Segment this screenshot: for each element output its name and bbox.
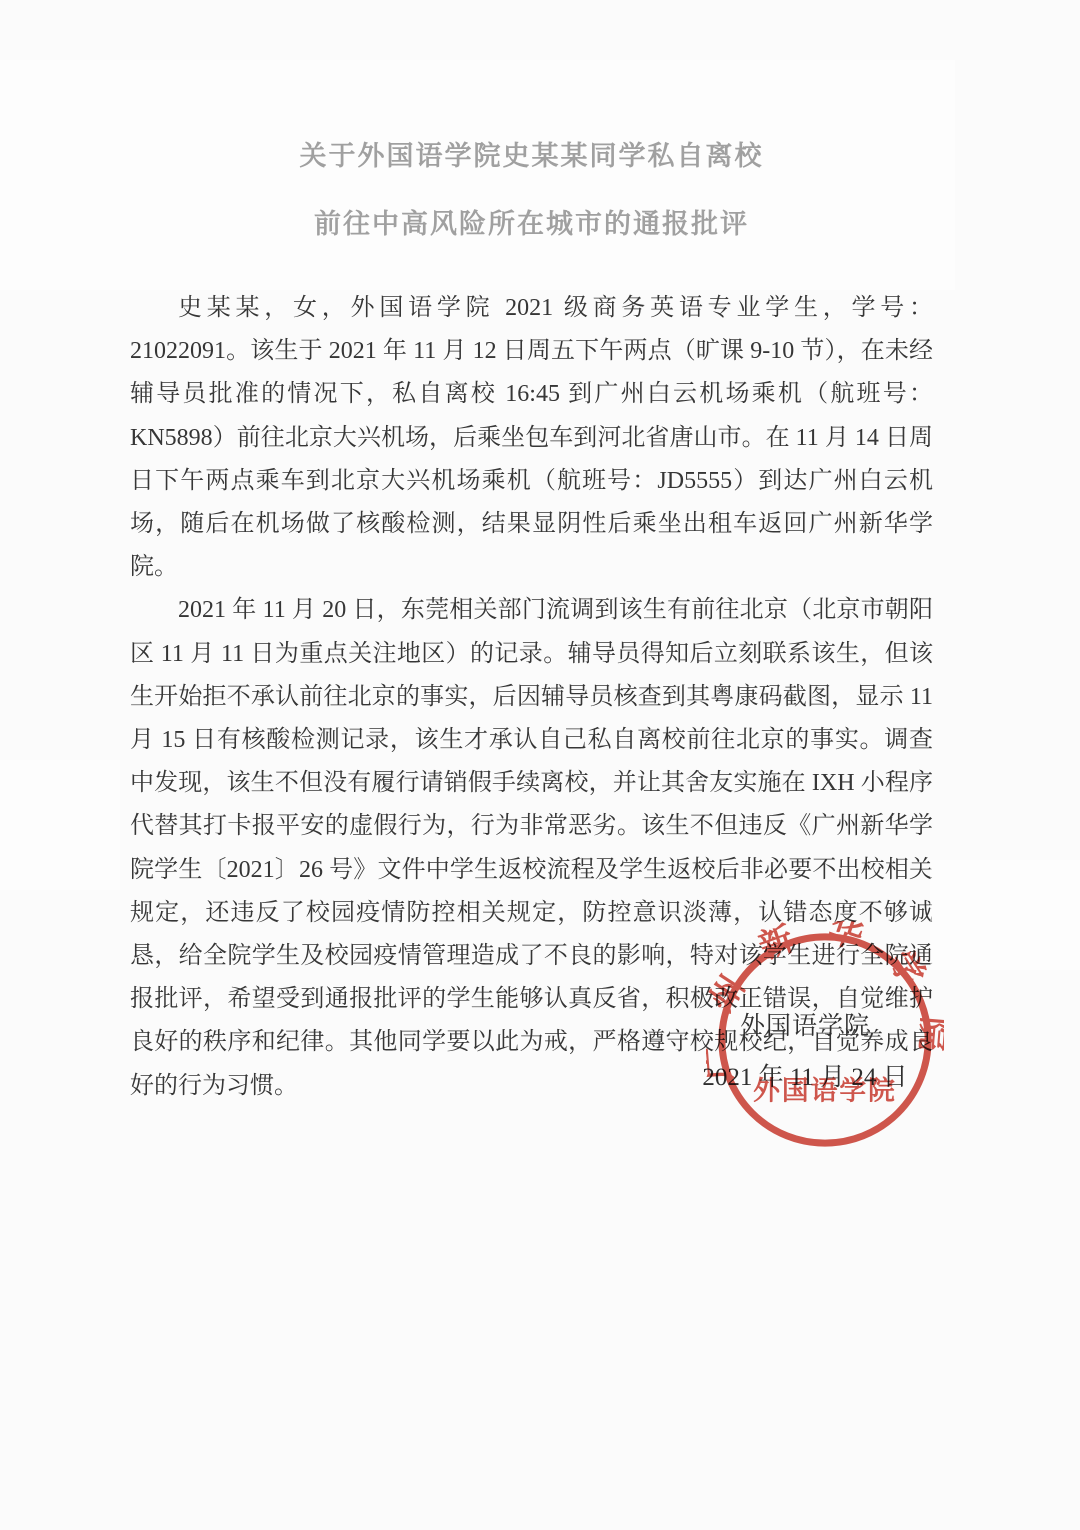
notice-paragraph: 史某某，女，外国语学院 2021 级商务英语专业学生，学号：21022091。该… [130, 287, 933, 589]
notice-title-line2: 前往中高风险所在城市的通报批评 [130, 202, 933, 241]
notice-title: 关于外国语学院史某某同学私自离校 前往中高风险所在城市的通报批评 [130, 134, 933, 241]
notice-title-line1: 关于外国语学院史某某同学私自离校 [130, 134, 933, 173]
notice-document: 关于外国语学院史某某同学私自离校 前往中高风险所在城市的通报批评 史某某，女，外… [0, 0, 1080, 1530]
scan-artifact [930, 860, 1080, 970]
signature-department: 外国语学院 [645, 1006, 965, 1042]
notice-body: 史某某，女，外国语学院 2021 级商务英语专业学生，学号：21022091。该… [130, 287, 933, 1108]
signature-block: 外国语学院 2021 年 11 月 24 日 [645, 1006, 965, 1093]
scan-artifact [0, 760, 120, 890]
signature-date: 2021 年 11 月 24 日 [645, 1057, 965, 1093]
